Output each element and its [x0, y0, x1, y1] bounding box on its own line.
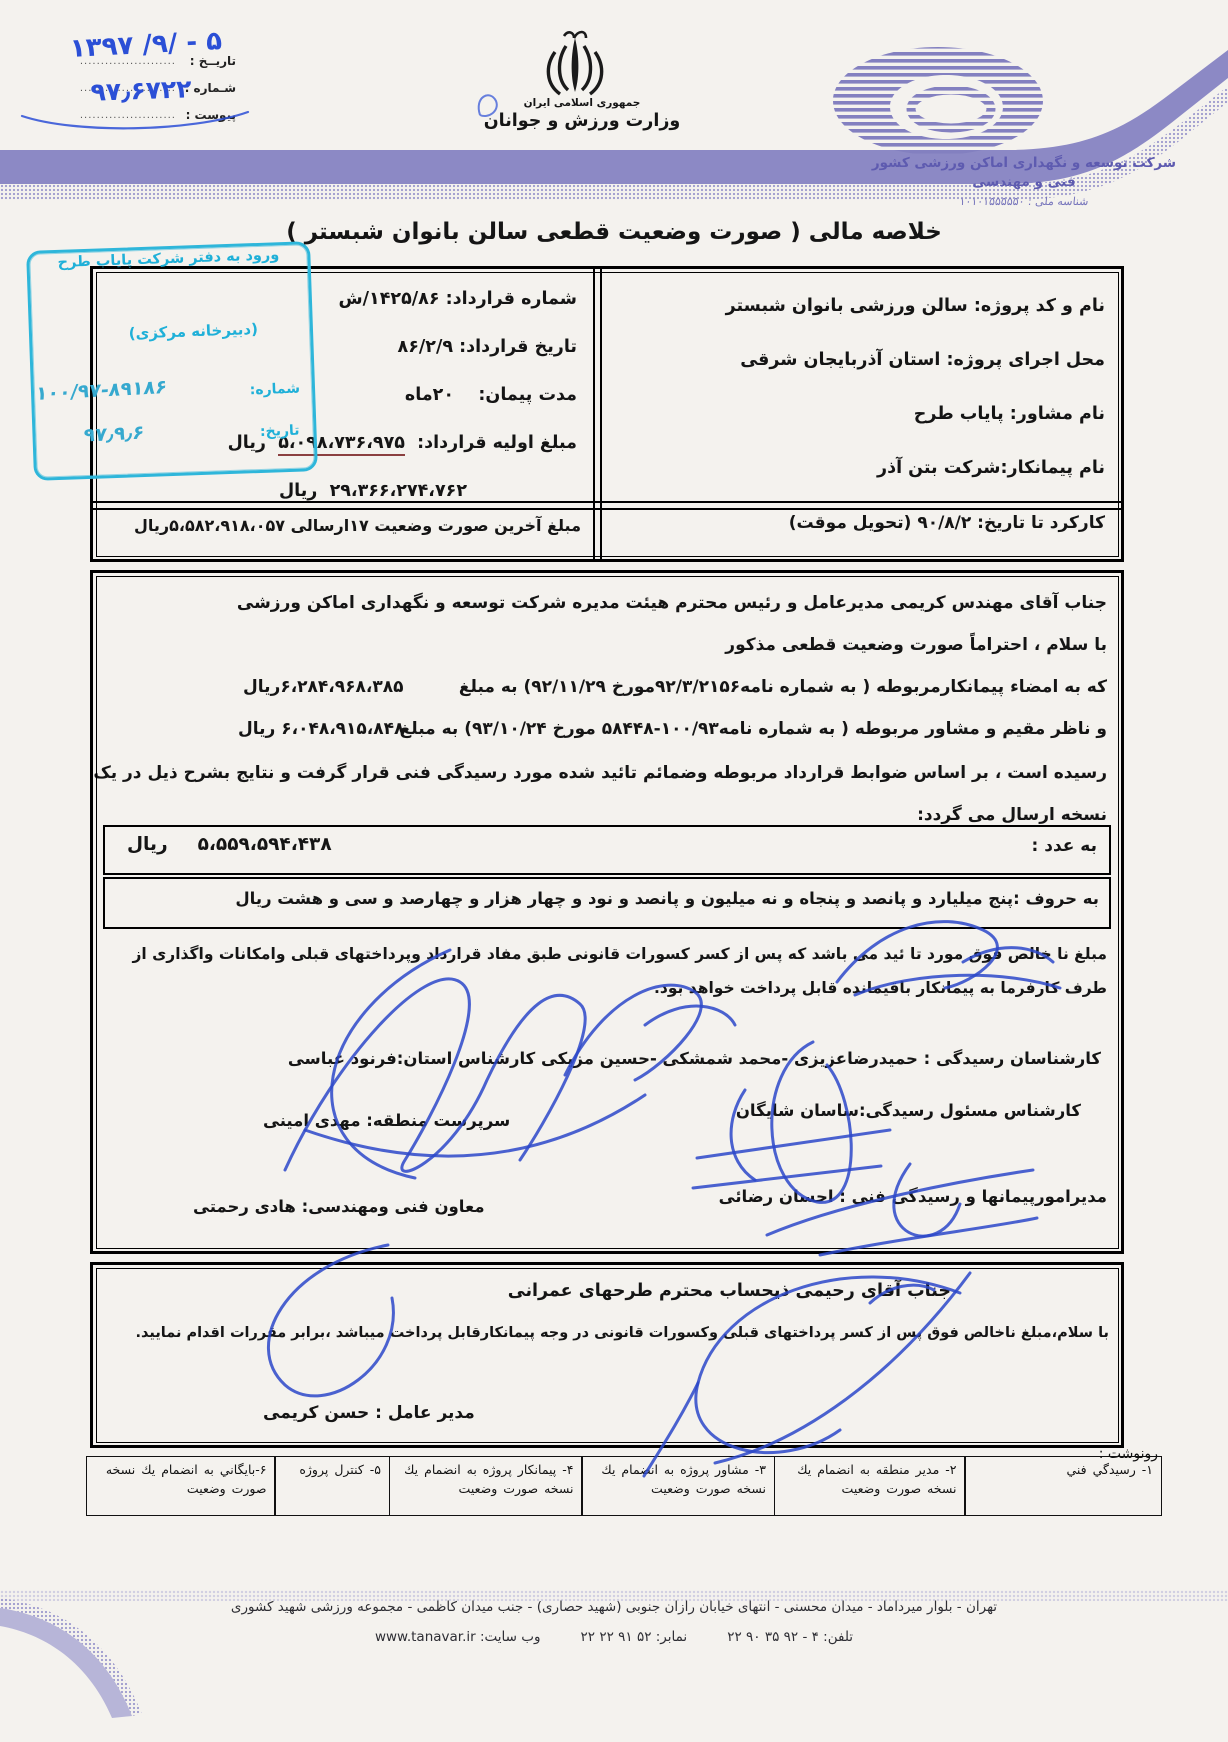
amount-in-digits-box: به عدد : ۵،۵۵۹،۵۹۴،۴۳۸ ریال	[103, 825, 1111, 875]
copy-item: ۵- کنترل پروژه	[274, 1456, 390, 1516]
rial-unit: ریال	[127, 834, 168, 855]
website-label: وب سایت:	[480, 1629, 541, 1645]
company-national-id: شناسه ملی : ۱۰۱۰۱۵۵۵۵۵۰	[849, 195, 1198, 208]
stamp-line1: ورود به دفتر شرکت پایاب طرح	[35, 246, 301, 271]
signature-expert-1	[825, 900, 1065, 1010]
initial-amount-label: مبلغ اولیه قرارداد:	[417, 433, 577, 453]
copy-item: ۶-بایگاني به انضمام یك نسخه صورت وضعیت	[86, 1456, 276, 1516]
copy-item: ۴- پیمانکار پروژه به انضمام یك نسخه صورت…	[389, 1456, 583, 1516]
website-url: www.tanavar.ir	[375, 1629, 476, 1645]
project-name: نام و کد پروژه: سالن ورزشی بانوان شبستر	[619, 279, 1105, 333]
pen-mark	[470, 85, 506, 129]
stamp-number-label: شماره:	[249, 381, 300, 399]
signature-loop-left	[200, 1220, 430, 1410]
in-digits-amount: ۵،۵۵۹،۵۹۴،۴۳۸ ریال	[127, 834, 332, 855]
stamp-number-value: ۱۰۰/۹۷-۸۹۱۸۶	[35, 376, 168, 405]
letter-line5: رسیده است ، بر اساس ضوابط قرارداد مربوطه…	[93, 763, 1107, 783]
stamp-line2: (دبیرخانه مرکزی)	[128, 320, 258, 343]
letter-greeting: با سلام ، احتراماً صورت وضعیت قطعی مذکور	[725, 635, 1107, 655]
table-vertical-divider	[593, 269, 602, 559]
footer-website: وب سایت: www.tanavar.ir	[375, 1629, 541, 1645]
company-block: شرکت توسعه و نگهداری اماکن ورزشی کشور فن…	[850, 155, 1198, 208]
duration-value: ۲۰ماه	[405, 385, 454, 405]
adjusted-amount-value: ۲۹،۳۶۶،۲۷۴،۷۶۲	[330, 481, 467, 501]
company-dept: فنی و مهندسی	[850, 174, 1198, 190]
copy-item: ۱- رسیدگي فني	[964, 1456, 1162, 1516]
copies-table: ۱- رسیدگي فني ۲- مدیر منطقه به انضمام یك…	[87, 1456, 1162, 1516]
company-logo-icon	[833, 45, 1043, 157]
last-statement-cell: مبلغ آخرین صورت وضعیت ۱۷ارسالی ۵،۵۸۲،۹۱۸…	[107, 516, 581, 535]
iran-emblem-icon	[538, 30, 612, 106]
rial-unit: ریال	[279, 481, 317, 501]
signature-consultant-payab	[630, 1258, 990, 1488]
letter-line4-amount: ۶،۰۴۸،۹۱۵،۸۴۸ ریال	[238, 719, 404, 739]
stamp-date-label: تاریخ:	[260, 423, 300, 440]
project-info-cell: نام و کد پروژه: سالن ورزشی بانوان شبستر …	[619, 279, 1105, 495]
project-location: محل اجرای پروژه: استان آذربایجان شرقی	[619, 333, 1105, 387]
contractor-name: نام پیمانکار:شرکت بتن آذر	[619, 441, 1105, 495]
signature-expert-2	[540, 950, 750, 1100]
footer-phone: تلفن: ۴ - ۹۲ ۳۵ ۹۰ ۲۲	[727, 1629, 853, 1645]
letter-line3: که به امضاء پیمانکارمربوطه ( به شماره نا…	[459, 677, 1107, 697]
letter-line3-amount: ۶،۲۸۴،۹۶۸،۳۸۵ریال	[243, 677, 403, 697]
entry-stamp: ورود به دفتر شرکت پایاب طرح (دبیرخانه مر…	[26, 241, 318, 481]
footer-fax: نمابر: ۵۲ ۹۱ ۲۲ ۲۲	[581, 1629, 688, 1645]
company-name: شرکت توسعه و نگهداری اماکن ورزشی کشور	[850, 155, 1198, 171]
letter-line6: نسخه ارسال می گردد:	[917, 805, 1107, 825]
letter-line4: و ناظر مقیم و مشاور مربوطه ( به شماره نا…	[400, 719, 1107, 739]
consultant-name: نام مشاور: پایاب طرح	[619, 387, 1105, 441]
duration-label: مدت پیمان:	[478, 385, 577, 405]
scanned-letter-page: تاریــخ : ....................... شـماره…	[0, 0, 1228, 1742]
pen-swirl	[16, 106, 256, 136]
work-until-cell: کارکرد تا تاریخ: ۹۰/۸/۲ (تحویل موقت)	[789, 513, 1105, 533]
stamp-date-value: ۹۷٫۹٫۶	[83, 421, 146, 446]
letter-addressee: جناب آقای مهندس کریمی مدیرعامل و رئیس مح…	[237, 593, 1107, 613]
footer-address: تهران - بلوار میرداماد - میدان محسنی - ا…	[64, 1599, 1164, 1615]
final-amount-value: ۵،۵۵۹،۵۹۴،۴۳۸	[198, 834, 332, 855]
document-title: خلاصه مالی ( صورت وضعیت قطعی سالن بانوان…	[114, 219, 1114, 245]
footer-contact-line: تلفن: ۴ - ۹۲ ۳۵ ۹۰ ۲۲ نمابر: ۵۲ ۹۱ ۲۲ ۲۲…	[164, 1629, 1064, 1645]
in-digits-label: به عدد :	[1032, 836, 1098, 856]
